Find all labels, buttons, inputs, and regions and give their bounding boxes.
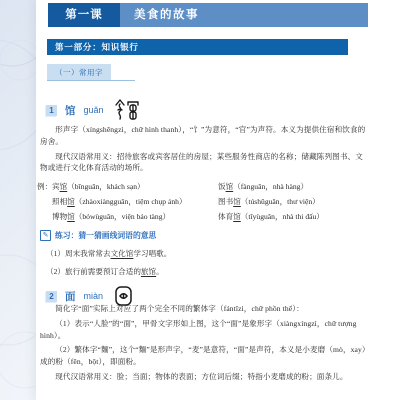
exercise-item: （2）旅行前需要预订合适的旅馆。: [46, 263, 366, 281]
example-word: 体育馆（tǐyùguǎn，nhà thi đấu）: [218, 209, 369, 224]
paragraph: 简化字“面”实际上对应了两个完全不同的繁体字（fántǐzì，chữ phồn …: [40, 303, 368, 315]
example-word: 博物馆（bówùguǎn，viện bảo tàng）: [52, 209, 218, 224]
exercise-title-text: 练习：猜一猜画线词语的意思: [55, 230, 156, 241]
paragraph: 形声字（xíngshēngzì，chữ hình thanh），“饣”为意符，“…: [40, 124, 368, 148]
paragraph: （1）表示“人脸”的“面”，甲骨文字形如上图，这个“面”是象形字（xiàngxí…: [40, 318, 368, 342]
section-character: 面: [65, 289, 76, 304]
example-words: 例： 宾馆（bīnguǎn，khách sạn） 饭馆（fànguǎn，nhà …: [37, 179, 369, 225]
seal-script-guan-icon: [114, 98, 140, 122]
section-number-badge: 1: [46, 105, 57, 116]
paragraph: （2）繁体字“麵”，这个“麵”是形声字，“麦”是意符，“面”是声符，本义是小麦磨…: [40, 344, 368, 368]
exercise-heading: ✎ 练习：猜一猜画线词语的意思: [40, 230, 156, 241]
example-word: 图书馆（túshūguǎn，thư viện）: [218, 194, 369, 209]
exercise-items: （1）周末我常常去文化馆学习唱歌。 （2）旅行前需要预订合适的旅馆。: [46, 245, 366, 281]
tab-underline: （一）常用字: [47, 62, 135, 81]
pencil-icon: ✎: [40, 230, 51, 241]
examples-label: 例：: [37, 179, 52, 194]
tab-common-characters: （一）常用字: [47, 64, 111, 80]
example-word: 宾馆（bīnguǎn，khách sạn）: [52, 179, 218, 194]
section-1-paragraphs: 形声字（xíngshēngzì，chữ hình thanh），“饣”为意符，“…: [40, 124, 368, 177]
examples-grid: 宾馆（bīnguǎn，khách sạn） 饭馆（fànguǎn，nhà hàn…: [52, 179, 369, 225]
exercise-item: （1）周末我常常去文化馆学习唱歌。: [46, 245, 366, 263]
lesson-title-banner: 美食的故事: [120, 3, 368, 27]
lesson-number-banner: 第一课: [48, 3, 120, 27]
section-character: 馆: [65, 103, 76, 118]
section-number-badge: 2: [46, 291, 57, 302]
example-word: 饭馆（fànguǎn，nhà hàng）: [218, 179, 369, 194]
paragraph: 现代汉语常用义：脸；当面；物体的表面；方位词后缀；特指小麦磨成的粉；面条儿。: [40, 371, 368, 383]
section-pinyin: guǎn: [84, 105, 104, 115]
section-pinyin: miàn: [84, 291, 104, 301]
scanned-textbook-page: 第一课 美食的故事 第一部分：知识银行 （一）常用字 1 馆 guǎn: [0, 0, 400, 400]
part-title-bar: 第一部分：知识银行: [47, 39, 348, 55]
example-word: 照相馆（zhàoxiàngguǎn，tiệm chụp ảnh）: [52, 194, 218, 209]
section-1-heading: 1 馆 guǎn: [46, 97, 140, 123]
section-2-paragraphs: 简化字“面”实际上对应了两个完全不同的繁体字（fántǐzì，chữ phồn …: [40, 303, 368, 386]
paragraph: 现代汉语常用义：招待旅客或宾客居住的房屋；某些服务性商店的名称；储藏陈列图书、文…: [40, 151, 368, 175]
